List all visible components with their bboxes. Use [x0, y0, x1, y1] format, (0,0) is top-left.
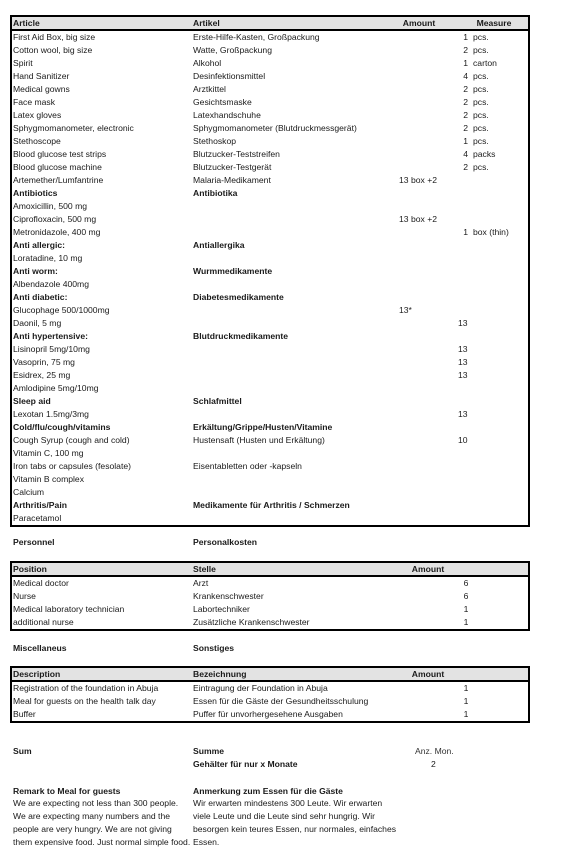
table-row: Latex glovesLatexhandschuhe2pcs. [12, 109, 528, 122]
table-row: Vitamin B complex [12, 473, 528, 486]
artikel-cell: Antibiotika [193, 187, 237, 200]
table-row: Medical laboratory technicianLabortechni… [12, 603, 528, 616]
measure-unit-cell: pcs. [473, 122, 489, 135]
category-row: Arthritis/PainMedikamente für Arthritis … [12, 499, 528, 512]
table-row: Artemether/LumfantrineMalaria-Medikament… [12, 174, 528, 187]
header-description: Description [13, 668, 60, 680]
amount-cell: 1 [460, 616, 472, 629]
measure-qty-cell: 2 [458, 122, 468, 135]
amount-cell: 1 [460, 708, 472, 721]
category-row: Sleep aidSchlafmittel [12, 395, 528, 408]
measure-qty-cell: 13 [458, 343, 468, 356]
measure-unit-cell: box (thin) [473, 226, 509, 239]
article-cell: Arthritis/Pain [13, 499, 67, 512]
remark-title: Remark to Meal for guests [13, 786, 120, 796]
table-row: Blood glucose machineBlutzucker-Testgerä… [12, 161, 528, 174]
table-row: Albendazole 400mg [12, 278, 528, 291]
artikel-cell: Alkohol [193, 57, 221, 70]
amount-cell: 13 box +2 [399, 174, 437, 187]
articles-table: Article Artikel Amount Measure First Aid… [10, 15, 530, 527]
table-row: Iron tabs or capsules (fesolate)Eisentab… [12, 460, 528, 473]
article-cell: Blood glucose machine [13, 161, 102, 174]
salary-months-label: Gehälter für nur x Monate [193, 759, 298, 769]
article-cell: Stethoscope [13, 135, 61, 148]
measure-unit-cell: pcs. [473, 135, 489, 148]
article-cell: Metronidazole, 400 mg [13, 226, 100, 239]
table-row: First Aid Box, big sizeErste-Hilfe-Kaste… [12, 31, 528, 44]
table-row: Ciprofloxacin, 500 mg13 box +2 [12, 213, 528, 226]
description-cell: Buffer [13, 708, 36, 721]
artikel-cell: Arztkittel [193, 83, 226, 96]
article-cell: Cold/flu/cough/vitamins [13, 421, 110, 434]
table-row: Daonil, 5 mg13 [12, 317, 528, 330]
header-measure: Measure [464, 17, 524, 29]
amount-cell: 1 [460, 682, 472, 695]
artikel-cell: Diabetesmedikamente [193, 291, 284, 304]
article-cell: Sleep aid [13, 395, 51, 408]
position-cell: Medical laboratory technician [13, 603, 124, 616]
category-row: Anti worm:Wurmmedikamente [12, 265, 528, 278]
artikel-cell: Sphygmomanometer (Blutdruckmessgerät) [193, 122, 357, 135]
table-row: Loratadine, 10 mg [12, 252, 528, 265]
article-cell: Loratadine, 10 mg [13, 252, 82, 265]
article-cell: First Aid Box, big size [13, 31, 95, 44]
table-row: Sphygmomanometer, electronicSphygmomanom… [12, 122, 528, 135]
category-row: Cold/flu/cough/vitaminsErkältung/Grippe/… [12, 421, 528, 434]
measure-qty-cell: 1 [458, 226, 468, 239]
article-cell: Face mask [13, 96, 55, 109]
article-cell: Medical gowns [13, 83, 70, 96]
measure-qty-cell: 2 [458, 83, 468, 96]
sum-label-de: Summe [193, 746, 224, 756]
measure-unit-cell: pcs. [473, 96, 489, 109]
artikel-cell: Blutzucker-Teststreifen [193, 148, 280, 161]
articles-table-body: First Aid Box, big sizeErste-Hilfe-Kaste… [12, 31, 528, 525]
months-header: Anz. Mon. [415, 746, 454, 756]
table-row: Lisinopril 5mg/10mg13 [12, 343, 528, 356]
artikel-cell: Watte, Großpackung [193, 44, 272, 57]
article-cell: Anti hypertensive: [13, 330, 88, 343]
artikel-cell: Latexhandschuhe [193, 109, 261, 122]
article-cell: Sphygmomanometer, electronic [13, 122, 134, 135]
artikel-cell: Antiallergika [193, 239, 245, 252]
header-bezeichnung: Bezeichnung [193, 668, 246, 680]
table-row: Hand SanitizerDesinfektionsmittel4pcs. [12, 70, 528, 83]
months-value: 2 [431, 759, 436, 769]
articles-table-header: Article Artikel Amount Measure [12, 17, 528, 31]
article-cell: Ciprofloxacin, 500 mg [13, 213, 96, 226]
measure-qty-cell: 4 [458, 148, 468, 161]
measure-qty-cell: 10 [458, 434, 468, 447]
article-cell: Cough Syrup (cough and cold) [13, 434, 130, 447]
personnel-table-body: Medical doctorArzt6NurseKrankenschwester… [12, 577, 528, 629]
misc-title: Miscellaneus [13, 643, 67, 653]
header-amount: Amount [389, 563, 467, 575]
article-cell: Daonil, 5 mg [13, 317, 61, 330]
table-row: Vitamin C, 100 mg [12, 447, 528, 460]
article-cell: Amlodipine 5mg/10mg [13, 382, 99, 395]
article-cell: Blood glucose test strips [13, 148, 106, 161]
article-cell: Paracetamol [13, 512, 61, 525]
table-row: Metronidazole, 400 mg1box (thin) [12, 226, 528, 239]
table-row: Amoxicillin, 500 mg [12, 200, 528, 213]
measure-qty-cell: 13 [458, 408, 468, 421]
description-cell: Registration of the foundation in Abuja [13, 682, 158, 695]
article-cell: Latex gloves [13, 109, 61, 122]
misc-table-header: Description Bezeichnung Amount [12, 668, 528, 682]
bezeichnung-cell: Eintragung der Foundation in Abuja [193, 682, 328, 695]
article-cell: Iron tabs or capsules (fesolate) [13, 460, 131, 473]
position-cell: Nurse [13, 590, 36, 603]
artikel-cell: Eisentabletten oder -kapseln [193, 460, 302, 473]
table-row: additional nurseZusätzliche Krankenschwe… [12, 616, 528, 629]
artikel-cell: Erste-Hilfe-Kasten, Großpackung [193, 31, 320, 44]
artikel-cell: Malaria-Medikament [193, 174, 271, 187]
article-cell: Anti worm: [13, 265, 58, 278]
misc-table-body: Registration of the foundation in AbujaE… [12, 682, 528, 721]
amount-cell: 1 [460, 695, 472, 708]
article-cell: Hand Sanitizer [13, 70, 69, 83]
article-cell: Vitamin C, 100 mg [13, 447, 84, 460]
artikel-cell: Blutdruckmedikamente [193, 330, 288, 343]
measure-qty-cell: 13 [458, 369, 468, 382]
measure-unit-cell: carton [473, 57, 497, 70]
table-row: SpiritAlkohol1carton [12, 57, 528, 70]
position-cell: additional nurse [13, 616, 74, 629]
artikel-cell: Blutzucker-Testgerät [193, 161, 271, 174]
article-cell: Artemether/Lumfantrine [13, 174, 103, 187]
position-cell: Medical doctor [13, 577, 69, 590]
header-article: Article [13, 17, 40, 29]
stelle-cell: Krankenschwester [193, 590, 264, 603]
article-cell: Lexotan 1.5mg/3mg [13, 408, 89, 421]
bezeichnung-cell: Essen für die Gäste der Gesundheitsschul… [193, 695, 368, 708]
remark-text: We are expecting not less than 300 peopl… [13, 797, 191, 849]
article-cell: Cotton wool, big size [13, 44, 92, 57]
table-row: Amlodipine 5mg/10mg [12, 382, 528, 395]
amount-cell: 13 box +2 [399, 213, 437, 226]
description-cell: Meal for guests on the health talk day [13, 695, 156, 708]
header-amount: Amount [389, 668, 467, 680]
table-row: Meal for guests on the health talk dayEs… [12, 695, 528, 708]
header-position: Position [13, 563, 47, 575]
misc-title-de: Sonstiges [193, 643, 234, 653]
bezeichnung-cell: Puffer für unvorhergesehene Ausgaben [193, 708, 343, 721]
table-row: Lexotan 1.5mg/3mg13 [12, 408, 528, 421]
artikel-cell: Hustensaft (Husten und Erkältung) [193, 434, 325, 447]
article-cell: Anti diabetic: [13, 291, 67, 304]
article-cell: Antibiotics [13, 187, 57, 200]
measure-unit-cell: pcs. [473, 44, 489, 57]
artikel-cell: Stethoskop [193, 135, 236, 148]
table-row: StethoscopeStethoskop1pcs. [12, 135, 528, 148]
measure-qty-cell: 2 [458, 109, 468, 122]
personnel-table: Position Stelle Amount Medical doctorArz… [10, 561, 530, 631]
category-row: Anti allergic:Antiallergika [12, 239, 528, 252]
table-row: Esidrex, 25 mg13 [12, 369, 528, 382]
remark-text-de: Wir erwarten mindestens 300 Leute. Wir e… [193, 797, 398, 849]
measure-unit-cell: pcs. [473, 70, 489, 83]
personnel-title: Personnel [13, 537, 55, 547]
table-row: Registration of the foundation in AbujaE… [12, 682, 528, 695]
measure-unit-cell: packs [473, 148, 495, 161]
sum-label: Sum [13, 746, 32, 756]
measure-qty-cell: 2 [458, 161, 468, 174]
table-row: Vasoprin, 75 mg13 [12, 356, 528, 369]
table-row: Calcium [12, 486, 528, 499]
article-cell: Lisinopril 5mg/10mg [13, 343, 90, 356]
article-cell: Anti allergic: [13, 239, 65, 252]
artikel-cell: Wurmmedikamente [193, 265, 272, 278]
stelle-cell: Labortechniker [193, 603, 250, 616]
remark-title-de: Anmerkung zum Essen für die Gäste [193, 786, 343, 796]
table-row: Medical gownsArztkittel2pcs. [12, 83, 528, 96]
category-row: Anti hypertensive:Blutdruckmedikamente [12, 330, 528, 343]
article-cell: Esidrex, 25 mg [13, 369, 70, 382]
measure-qty-cell: 1 [458, 57, 468, 70]
measure-unit-cell: pcs. [473, 31, 489, 44]
table-row: Cotton wool, big sizeWatte, Großpackung2… [12, 44, 528, 57]
measure-qty-cell: 1 [458, 135, 468, 148]
article-cell: Amoxicillin, 500 mg [13, 200, 87, 213]
article-cell: Vitamin B complex [13, 473, 84, 486]
measure-unit-cell: pcs. [473, 109, 489, 122]
article-cell: Calcium [13, 486, 44, 499]
table-row: Medical doctorArzt6 [12, 577, 528, 590]
table-row: Glucophage 500/1000mg13* [12, 304, 528, 317]
table-row: Paracetamol [12, 512, 528, 525]
measure-qty-cell: 4 [458, 70, 468, 83]
stelle-cell: Zusätzliche Krankenschwester [193, 616, 310, 629]
article-cell: Spirit [13, 57, 33, 70]
category-row: Anti diabetic:Diabetesmedikamente [12, 291, 528, 304]
measure-qty-cell: 1 [458, 31, 468, 44]
personnel-table-header: Position Stelle Amount [12, 563, 528, 577]
artikel-cell: Schlafmittel [193, 395, 242, 408]
header-amount: Amount [389, 17, 449, 29]
personnel-title-de: Personalkosten [193, 537, 257, 547]
table-row: Blood glucose test stripsBlutzucker-Test… [12, 148, 528, 161]
category-row: AntibioticsAntibiotika [12, 187, 528, 200]
table-row: BufferPuffer für unvorhergesehene Ausgab… [12, 708, 528, 721]
artikel-cell: Desinfektionsmittel [193, 70, 265, 83]
stelle-cell: Arzt [193, 577, 208, 590]
measure-unit-cell: pcs. [473, 83, 489, 96]
article-cell: Glucophage 500/1000mg [13, 304, 110, 317]
amount-cell: 6 [460, 590, 472, 603]
measure-qty-cell: 2 [458, 96, 468, 109]
table-row: NurseKrankenschwester6 [12, 590, 528, 603]
measure-qty-cell: 13 [458, 356, 468, 369]
header-artikel: Artikel [193, 17, 220, 29]
table-row: Cough Syrup (cough and cold)Hustensaft (… [12, 434, 528, 447]
misc-table: Description Bezeichnung Amount Registrat… [10, 666, 530, 723]
amount-cell: 13* [399, 304, 412, 317]
artikel-cell: Erkältung/Grippe/Husten/Vitamine [193, 421, 332, 434]
measure-qty-cell: 13 [458, 317, 468, 330]
article-cell: Albendazole 400mg [13, 278, 89, 291]
artikel-cell: Gesichtsmaske [193, 96, 252, 109]
amount-cell: 6 [460, 577, 472, 590]
measure-unit-cell: pcs. [473, 161, 489, 174]
amount-cell: 1 [460, 603, 472, 616]
table-row: Face maskGesichtsmaske2pcs. [12, 96, 528, 109]
measure-qty-cell: 2 [458, 44, 468, 57]
header-stelle: Stelle [193, 563, 216, 575]
article-cell: Vasoprin, 75 mg [13, 356, 75, 369]
artikel-cell: Medikamente für Arthritis / Schmerzen [193, 499, 350, 512]
